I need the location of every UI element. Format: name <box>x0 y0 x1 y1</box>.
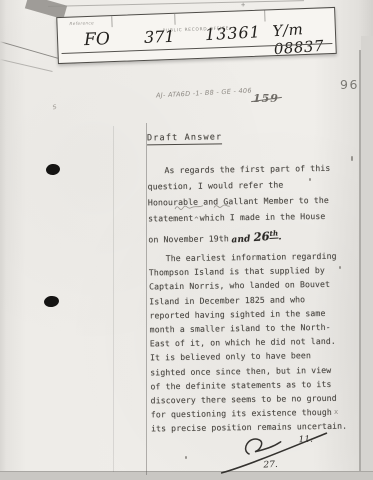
signature-block: 27. 11. <box>218 425 334 479</box>
paper-speck <box>339 266 341 269</box>
archive-reference-label: Reference PUBLIC RECORD OFFICE FO 371 13… <box>56 7 337 64</box>
page-right-shadow <box>361 36 373 480</box>
signature-date-month: 11. <box>298 435 313 445</box>
page-left-shadow <box>0 0 6 480</box>
series-value: FO <box>84 29 110 50</box>
page-top-edge <box>48 0 304 7</box>
struck-folio-number: 159 <box>253 92 279 105</box>
typed-fragment: which I made in the House <box>200 211 326 223</box>
label-divider <box>264 10 265 21</box>
typed-line-with-date: on November 19thand 26th. <box>148 226 350 249</box>
interlinear-scribble-icon <box>174 202 236 212</box>
paragraph-1: As regards the first part of this questi… <box>147 160 350 249</box>
scanned-document-page: Reference PUBLIC RECORD OFFICE FO 371 13… <box>0 0 373 480</box>
paper-speck <box>351 156 353 161</box>
underlying-sheet-edge <box>0 58 53 72</box>
typed-body: Draft Answer As regards the first part o… <box>147 130 353 436</box>
paragraph-2: The earliest information regarding Thomp… <box>149 249 354 436</box>
hole-punch <box>43 295 59 308</box>
typed-fragment: on November 19th <box>148 233 229 244</box>
pencil-margin-mark: x <box>334 408 338 416</box>
paper-speck <box>309 178 311 181</box>
label-divider <box>111 16 112 27</box>
registration-cross-icon: + <box>241 1 245 9</box>
typed-fragment: statement <box>148 213 193 224</box>
page-right-edge <box>359 50 361 480</box>
insertion-caret-icon: ^ <box>194 216 198 224</box>
fold-crease <box>113 126 114 472</box>
label-divider <box>174 14 175 25</box>
typed-line: As regards the first part of this <box>147 160 349 179</box>
piece-value: 13361 <box>204 22 261 44</box>
folio-number-stamp: 96 <box>340 77 359 92</box>
handwritten-date-insertion: and 26th. <box>231 225 282 248</box>
paper-speck <box>185 456 187 459</box>
class-value: 371 <box>144 27 175 47</box>
typed-line-with-insertion: statement^which I made in the House <box>148 208 350 229</box>
pencil-registry-annotation: AJ- ATA6D -1- B8 - GE - 406 <box>156 86 252 99</box>
signature-date-day: 27. <box>263 460 278 470</box>
typed-line: Captain Norris, who landed on Bouvet <box>149 277 351 294</box>
pencil-corner-mark: s <box>51 101 58 111</box>
draft-answer-heading: Draft Answer <box>147 132 222 145</box>
underlying-sheet-edge <box>0 40 63 60</box>
hole-punch <box>45 163 60 176</box>
signature-initials-icon <box>218 425 334 479</box>
